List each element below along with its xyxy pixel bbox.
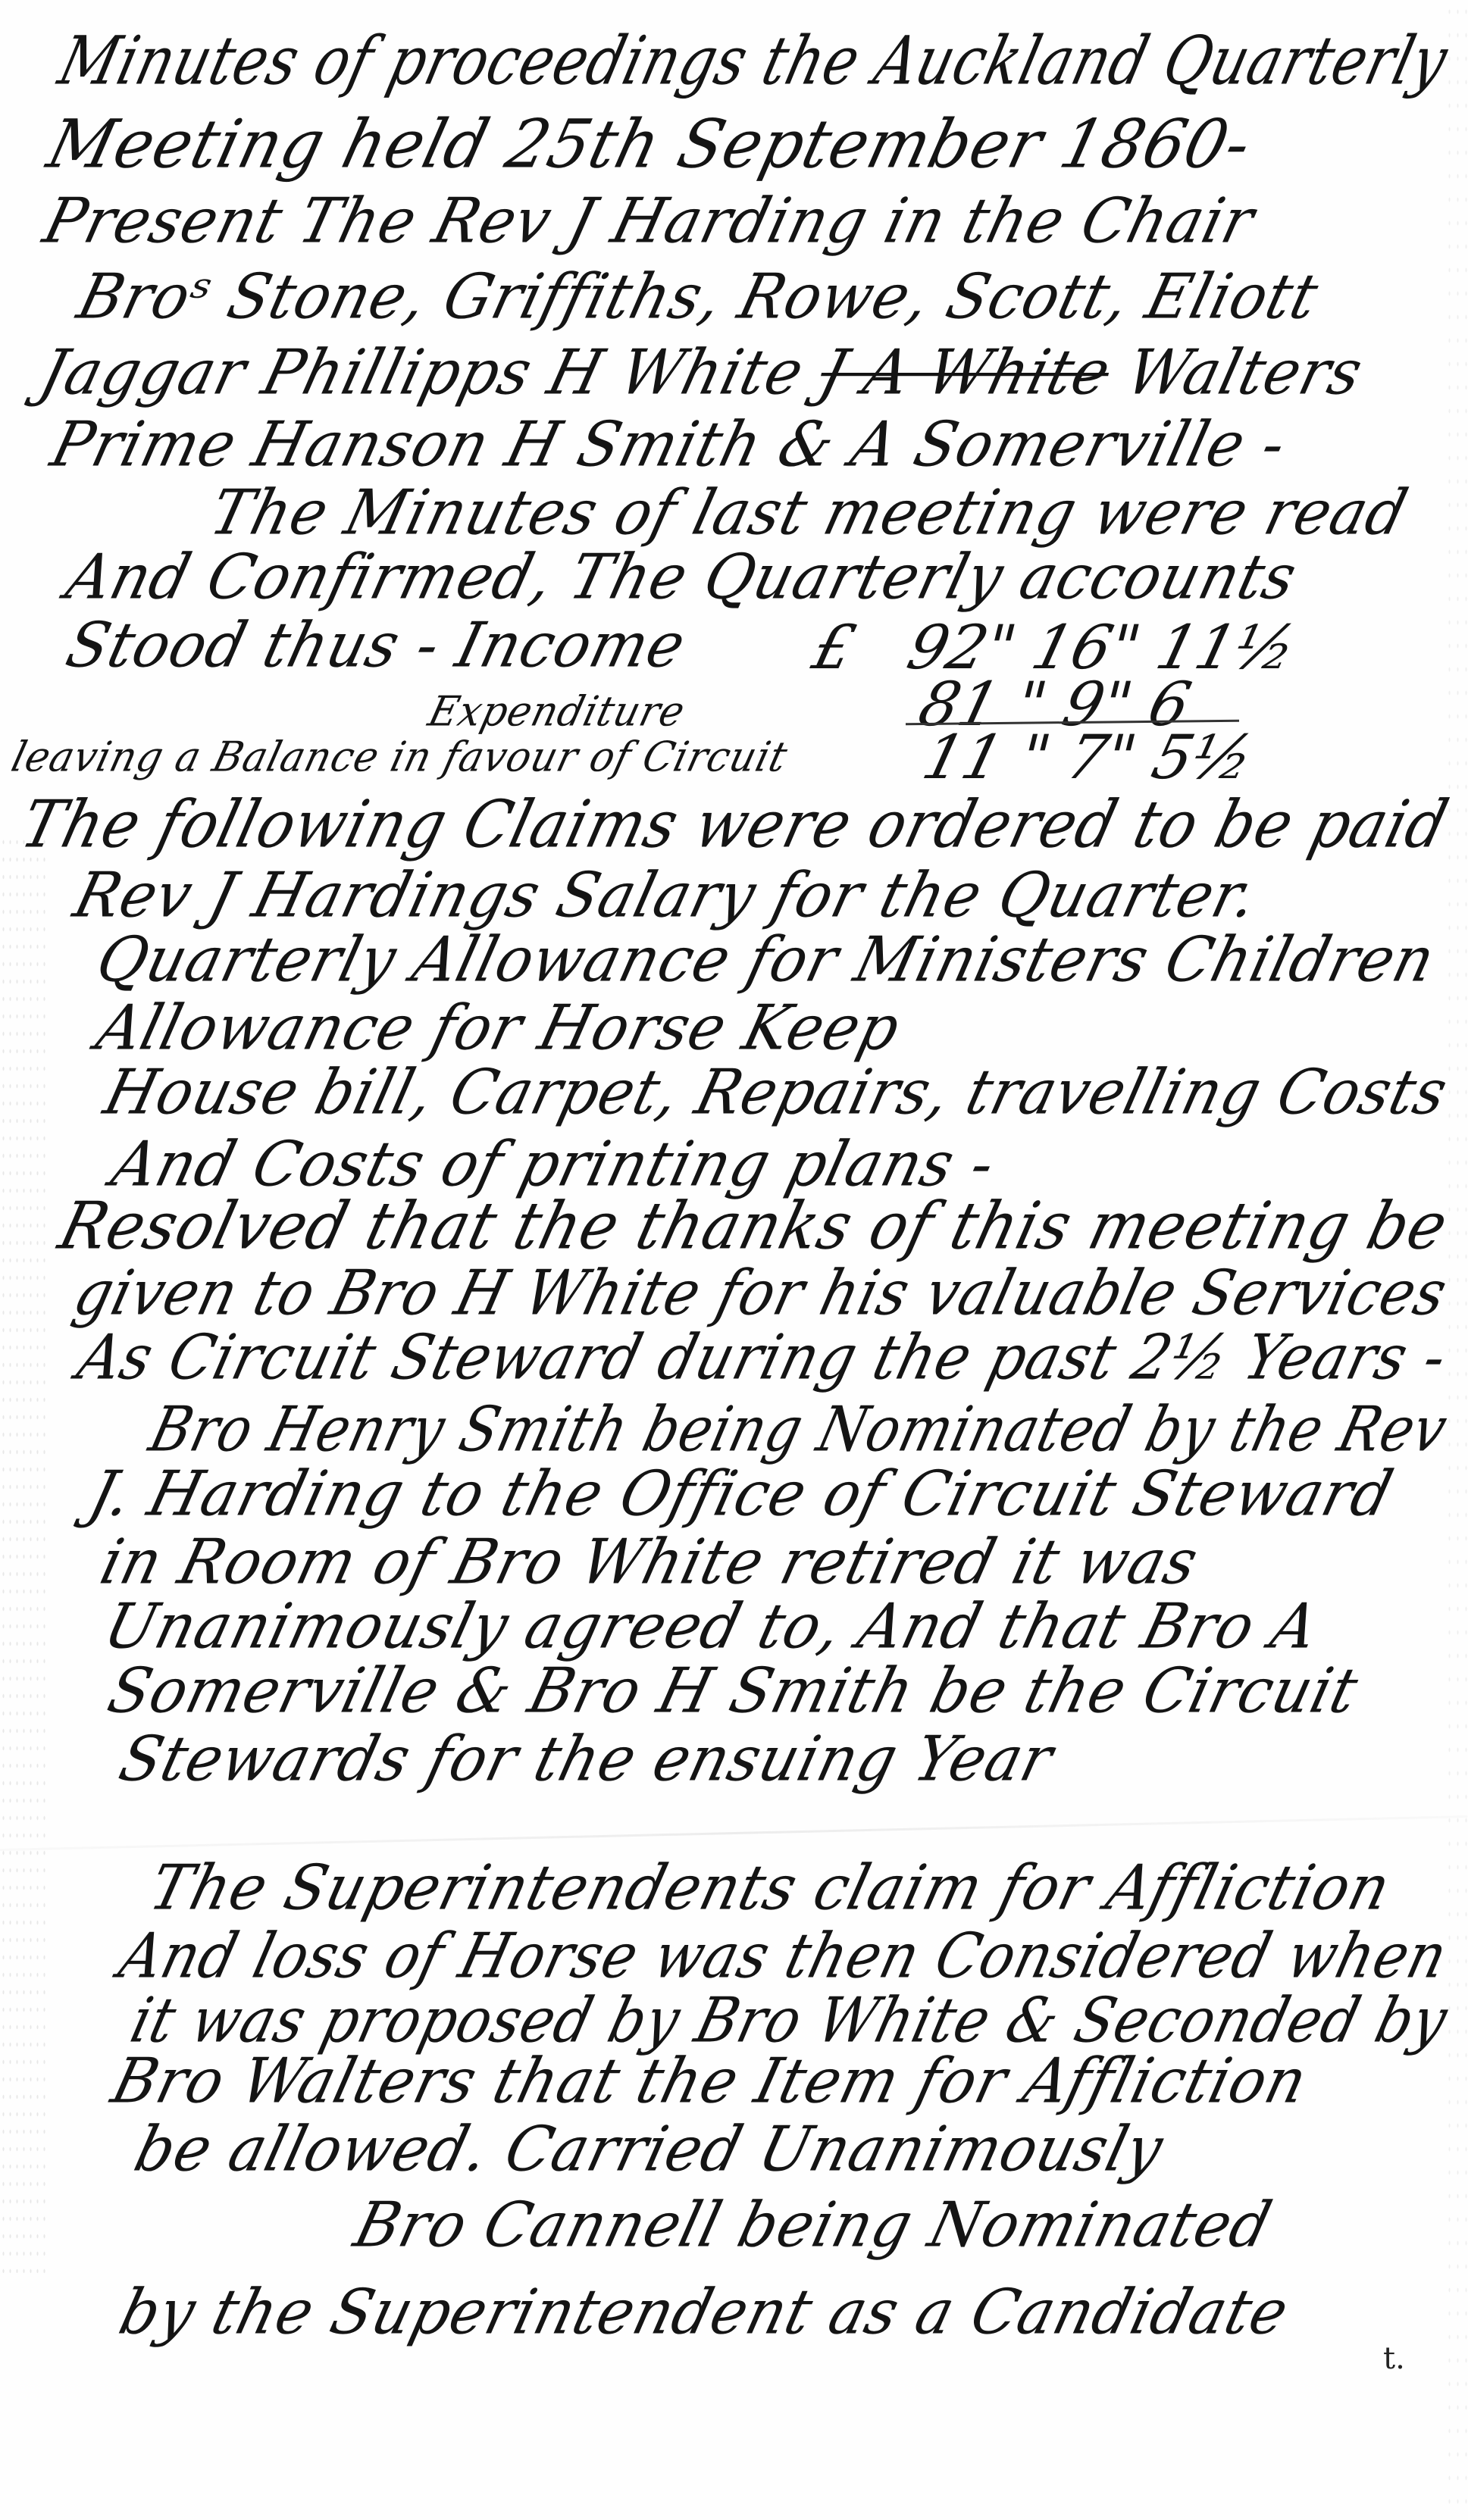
present-line-1: Present The Rev J Harding in the Chair bbox=[38, 190, 1260, 252]
accounts-stood-label: Stood thus - Income bbox=[61, 614, 691, 677]
nomination-line-1: Bro Henry Smith being Nominated by the R… bbox=[144, 1399, 1453, 1461]
claim-item-children: Quarterly Allowance for Ministers Childr… bbox=[91, 929, 1441, 991]
minutes-line-2: And Confirmed, The Quarterly accounts bbox=[61, 546, 1303, 608]
present-line-4: Prime Hanson H Smith & A Somerville - bbox=[45, 414, 1292, 476]
nomination-line-6: Stewards for the ensuing Year bbox=[114, 1728, 1059, 1790]
nomination-line-3: in Room of Bro White retired it was bbox=[95, 1531, 1204, 1593]
title-line-1: Minutes of proceedings the Auckland Quar… bbox=[53, 27, 1454, 94]
nomination-line-2: J. Harding to the Office of Circuit Stew… bbox=[83, 1463, 1399, 1525]
scan-speckle-left bbox=[0, 833, 45, 2273]
claim-item-horse: Allowance for Horse Keep bbox=[91, 997, 906, 1059]
title-line-2: Meeting held 25th September 1860- bbox=[42, 111, 1258, 177]
claim-item-salary: Rev J Hardings Salary for the Quarter. bbox=[68, 864, 1263, 927]
present-name-walters: Walters bbox=[1100, 337, 1369, 408]
present-line-3: Jaggar Phillipps H White J A White Walte… bbox=[34, 342, 1369, 404]
resolution-line-1: Resolved that the thanks of this meeting… bbox=[53, 1194, 1454, 1259]
balance-label: leaving a Balance in favour of Circuit bbox=[8, 736, 792, 778]
expenditure-label: Expenditure bbox=[424, 691, 689, 733]
minutes-line-1: The Minutes of last meeting were read bbox=[205, 482, 1413, 544]
candidate-line-2: by the Superintendent as a Candidate bbox=[114, 2281, 1294, 2343]
resolution-line-2: given to Bro H White for his valuable Se… bbox=[68, 1262, 1453, 1324]
nomination-line-5: Somerville & Bro H Smith be the Circuit bbox=[102, 1660, 1364, 1722]
nomination-line-4: Unanimously agreed to, And that Bro A bbox=[99, 1596, 1324, 1658]
struck-through-name: J A White bbox=[812, 337, 1118, 408]
claim-item-house-bill: House bill, Carpet, Repairs, travelling … bbox=[99, 1061, 1454, 1124]
currency-symbol: £ bbox=[807, 617, 861, 678]
affliction-line-4: Bro Walters that the Item for Affliction bbox=[106, 2050, 1313, 2112]
catchword-mark: t. bbox=[1383, 2341, 1405, 2376]
affliction-line-2: And loss of Horse was then Considered wh… bbox=[114, 1925, 1454, 1987]
resolution-line-3: As Circuit Steward during the past 2½ Ye… bbox=[72, 1327, 1453, 1389]
candidate-line-1: Bro Cannell being Nominated bbox=[349, 2194, 1278, 2256]
present-names: Jaggar Phillipps H White bbox=[33, 337, 830, 408]
present-line-2: Broˢ Stone, Griffiths, Rowe, Scott, Elio… bbox=[72, 266, 1324, 328]
scanned-manuscript-page: Minutes of proceedings the Auckland Quar… bbox=[0, 0, 1468, 2520]
affliction-line-3: it was proposed by Bro White & Seconded … bbox=[125, 1990, 1454, 2052]
page-fold-line bbox=[0, 1815, 1468, 1851]
balance-amount: 11 " 7" 5½ bbox=[917, 727, 1259, 788]
claim-item-printing: And Costs of printing plans - bbox=[106, 1133, 1001, 1196]
claims-heading: The following Claims were ordered to be … bbox=[15, 793, 1454, 858]
affliction-line-5: be allowed. Carried Unanimously bbox=[129, 2118, 1169, 2181]
affliction-line-1: The Superintendents claim for Affliction bbox=[144, 1857, 1397, 1919]
